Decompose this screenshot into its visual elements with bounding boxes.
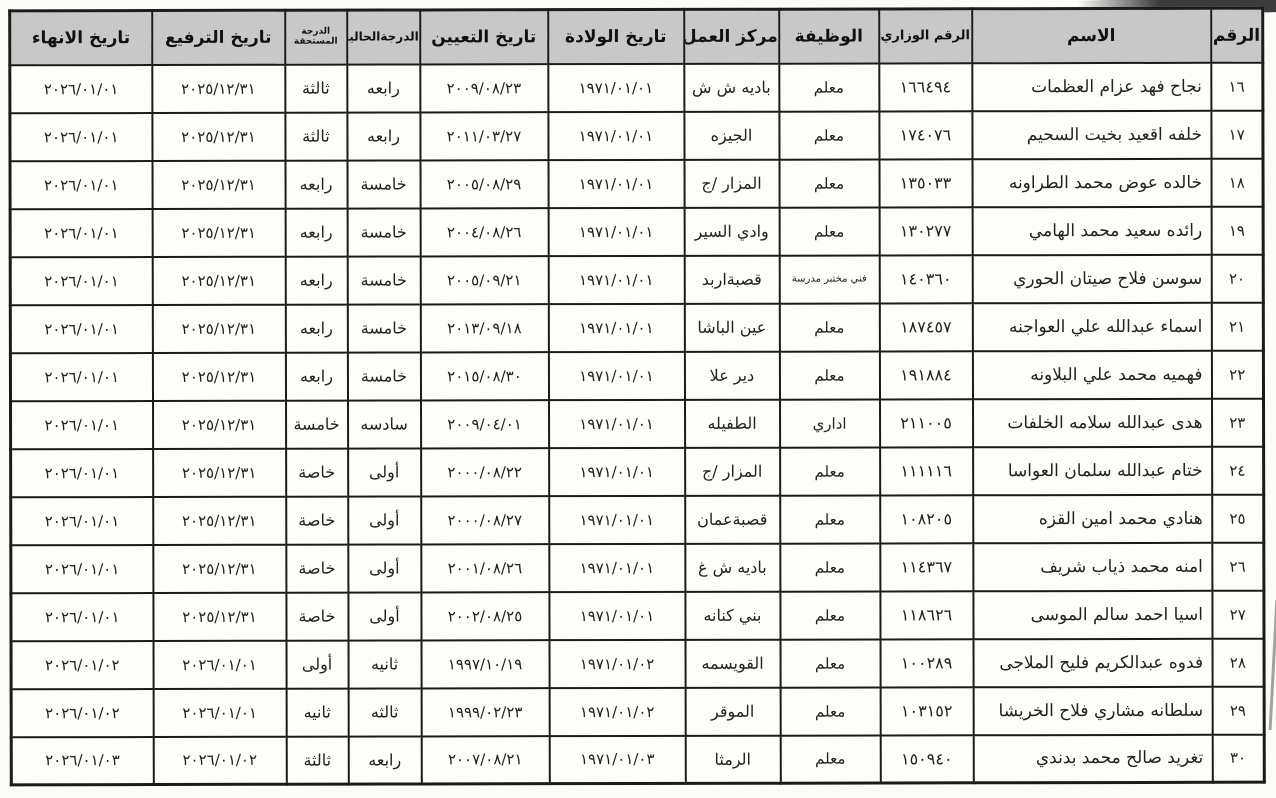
cell-job: معلم <box>779 159 879 207</box>
cell-due-grade: ثالثة <box>285 112 347 160</box>
cell-job: معلم <box>780 591 880 639</box>
cell-birth-date: ١٩٧١/٠١/٠٢ <box>549 687 685 735</box>
cell-work-center: المزار /ج <box>684 159 779 207</box>
table-row: ٢٦امنه محمد ذياب شريف١١٤٣٦٧معلمباديه ش غ… <box>11 542 1264 593</box>
cell-ministry-no: ١٣٥٠٣٣ <box>879 159 972 207</box>
cell-birth-date: ١٩٧١/٠١/٠١ <box>548 111 684 159</box>
col-header-hire-date: تاريخ التعيين <box>420 10 548 64</box>
col-header-current-grade: الدرجةالحالية <box>347 10 420 64</box>
table-row: ٢٨فدوه عبدالكريم فليح الملاجى١٠٠٢٨٩معلما… <box>11 638 1264 689</box>
col-header-end-date: تاريخ الانهاء <box>10 11 152 65</box>
cell-hire-date: ٢٠١١/٠٣/٢٧ <box>420 112 548 160</box>
cell-promotion-date: ٢٠٢٥/١٢/٣١ <box>152 160 285 208</box>
cell-promotion-date: ٢٠٢٦/٠١/٠١ <box>153 640 286 688</box>
cell-due-grade: خاصة <box>286 592 348 640</box>
cell-job: معلم <box>779 207 879 255</box>
cell-ministry-no: ١١٤٣٦٧ <box>880 543 973 591</box>
cell-end-date: ٢٠٢٦/٠١/٠٣ <box>11 737 153 785</box>
cell-ministry-no: ١٦٦٤٩٤ <box>879 63 972 111</box>
cell-end-date: ٢٠٢٦/٠١/٠١ <box>10 257 152 305</box>
cell-birth-date: ١٩٧١/٠١/٠٢ <box>549 639 685 687</box>
cell-job: معلم <box>780 543 880 591</box>
cell-current-grade: خامسة <box>347 256 420 304</box>
cell-work-center: دير علا <box>684 351 779 399</box>
cell-num: ٢١ <box>1211 302 1263 350</box>
cell-num: ٢٣ <box>1212 398 1264 446</box>
table-body: ١٦نجاح فهد عزام العظمات١٦٦٤٩٤معلمباديه ش… <box>10 62 1265 785</box>
cell-birth-date: ١٩٧١/٠١/٠١ <box>548 351 684 399</box>
cell-name: رائده سعيد محمد الهامي <box>972 206 1211 255</box>
cell-due-grade: رابعه <box>285 208 347 256</box>
cell-due-grade: خاصة <box>286 448 348 496</box>
table-row: ٢٣هدى عبدالله سلامه الخلفات٢١١٠٠٥اداريال… <box>11 398 1264 449</box>
cell-birth-date: ١٩٧١/٠١/٠١ <box>549 495 685 543</box>
cell-promotion-date: ٢٠٢٦/٠١/٠٢ <box>153 736 286 784</box>
cell-ministry-no: ١١١١١٦ <box>880 447 973 495</box>
table-row: ١٦نجاح فهد عزام العظمات١٦٦٤٩٤معلمباديه ش… <box>10 62 1263 113</box>
cell-due-grade: ثالثة <box>286 736 348 784</box>
cell-end-date: ٢٠٢٦/٠١/٠١ <box>10 161 152 209</box>
table-row: ٢٥هنادي محمد امين القزه١٠٨٢٠٥معلمقصبةعما… <box>11 494 1264 545</box>
cell-due-grade: أولى <box>286 640 348 688</box>
cell-due-grade: ثالثة <box>285 64 347 112</box>
cell-birth-date: ١٩٧١/٠١/٠٣ <box>549 735 685 783</box>
cell-num: ٢٠ <box>1211 254 1263 302</box>
cell-promotion-date: ٢٠٢٥/١٢/٣١ <box>153 544 286 592</box>
cell-promotion-date: ٢٠٢٥/١٢/٣١ <box>152 304 285 352</box>
header-row: الرقم الاسم الرقم الوزاري الوظيفة مركز ا… <box>10 8 1263 65</box>
col-header-num: الرقم <box>1211 8 1263 62</box>
cell-end-date: ٢٠٢٦/٠١/٠١ <box>11 449 153 497</box>
cell-end-date: ٢٠٢٦/٠١/٠١ <box>10 305 152 353</box>
cell-birth-date: ١٩٧١/٠١/٠١ <box>549 591 685 639</box>
cell-due-grade: خامسة <box>286 400 348 448</box>
cell-work-center: وادي السير <box>684 207 779 255</box>
cell-num: ٣٠ <box>1212 734 1264 782</box>
table-row: ٣٠تغريد صالح محمد بدندي١٥٠٩٤٠معلمالرمثا١… <box>11 734 1264 785</box>
table-row: ٢٠سوسن فلاح صيتان الحوري١٤٠٣٦٠فني مختبر … <box>10 254 1263 305</box>
cell-hire-date: ٢٠١٥/٠٨/٣٠ <box>420 352 548 400</box>
col-header-birth-date: تاريخ الولادة <box>548 9 684 63</box>
cell-current-grade: رابعه <box>348 736 421 784</box>
cell-job: معلم <box>779 351 879 399</box>
cell-job: اداري <box>780 399 880 447</box>
cell-ministry-no: ١٠٣١٥٢ <box>880 687 973 735</box>
cell-num: ٢٦ <box>1212 542 1264 590</box>
cell-birth-date: ١٩٧١/٠١/٠١ <box>549 543 685 591</box>
cell-end-date: ٢٠٢٦/٠١/٠١ <box>10 353 152 401</box>
cell-job: معلم <box>780 639 880 687</box>
cell-hire-date: ٢٠٠٠/٠٨/٢٢ <box>421 448 549 496</box>
cell-current-grade: سادسه <box>348 400 421 448</box>
cell-name: خلفه اقعيد بخيت السحيم <box>972 110 1211 159</box>
cell-birth-date: ١٩٧١/٠١/٠١ <box>548 255 684 303</box>
col-header-job: الوظيفة <box>779 9 879 63</box>
cell-hire-date: ٢٠٠٥/٠٨/٢٩ <box>420 160 548 208</box>
cell-name: هدى عبدالله سلامه الخلفات <box>973 398 1212 447</box>
cell-work-center: قصبةعمان <box>685 495 780 543</box>
cell-job: معلم <box>780 495 880 543</box>
cell-name: سلطانه مشاري فلاح الخريشا <box>973 686 1212 735</box>
cell-birth-date: ١٩٧١/٠١/٠١ <box>548 159 684 207</box>
cell-num: ١٧ <box>1211 110 1263 158</box>
cell-current-grade: رابعه <box>347 64 420 112</box>
cell-ministry-no: ١٤٠٣٦٠ <box>879 255 972 303</box>
cell-hire-date: ٢٠٠٤/٠٨/٢٦ <box>420 208 548 256</box>
cell-end-date: ٢٠٢٦/٠١/٠٢ <box>11 641 153 689</box>
cell-num: ٢٢ <box>1211 350 1263 398</box>
cell-promotion-date: ٢٠٢٥/١٢/٣١ <box>153 448 286 496</box>
cell-current-grade: أولى <box>348 592 421 640</box>
cell-hire-date: ٢٠٠٩/٠٤/٠١ <box>421 400 549 448</box>
cell-current-grade: خامسة <box>347 160 420 208</box>
cell-job: معلم <box>779 111 879 159</box>
cell-end-date: ٢٠٢٦/٠١/٠١ <box>11 497 153 545</box>
table-row: ٢١اسماء عبدالله علي العواجنه١٨٧٤٥٧معلمعي… <box>10 302 1263 353</box>
cell-name: نجاح فهد عزام العظمات <box>972 62 1211 111</box>
cell-end-date: ٢٠٢٦/٠١/٠١ <box>11 401 153 449</box>
cell-promotion-date: ٢٠٢٥/١٢/٣١ <box>153 592 286 640</box>
cell-birth-date: ١٩٧١/٠١/٠١ <box>548 207 684 255</box>
cell-current-grade: رابعه <box>347 112 420 160</box>
cell-due-grade: خاصة <box>286 496 348 544</box>
cell-name: سوسن فلاح صيتان الحوري <box>972 254 1211 303</box>
cell-end-date: ٢٠٢٦/٠١/٠٢ <box>11 689 153 737</box>
table-row: ٢٩سلطانه مشاري فلاح الخريشا١٠٣١٥٢معلمالم… <box>11 686 1264 737</box>
table-row: ٢٧اسيا احمد سالم الموسى١١٨٦٢٦معلمبني كنا… <box>11 590 1264 641</box>
cell-current-grade: أولى <box>348 544 421 592</box>
cell-ministry-no: ١٧٤٠٧٦ <box>879 111 972 159</box>
cell-job: معلم <box>780 735 880 783</box>
col-header-name: الاسم <box>972 8 1211 63</box>
cell-job: فني مختبر مدرسة <box>779 255 879 303</box>
cell-ministry-no: ١٥٠٩٤٠ <box>880 735 973 783</box>
cell-ministry-no: ١٠٨٢٠٥ <box>880 495 973 543</box>
cell-hire-date: ٢٠٠٧/٠٨/٢١ <box>421 736 549 784</box>
table-header: الرقم الاسم الرقم الوزاري الوظيفة مركز ا… <box>10 8 1263 65</box>
table-row: ١٧خلفه اقعيد بخيت السحيم١٧٤٠٧٦معلمالجيزه… <box>10 110 1263 161</box>
cell-work-center: قصبةاربد <box>684 255 779 303</box>
cell-due-grade: رابعه <box>285 352 347 400</box>
scan-edge-shadow-right <box>1269 600 1276 730</box>
cell-ministry-no: ١٩١٨٨٤ <box>879 351 972 399</box>
cell-hire-date: ١٩٩٩/٠٢/٢٣ <box>421 688 549 736</box>
cell-due-grade: خاصة <box>286 544 348 592</box>
cell-promotion-date: ٢٠٢٥/١٢/٣١ <box>153 400 286 448</box>
cell-ministry-no: ١٣٠٢٧٧ <box>879 207 972 255</box>
cell-promotion-date: ٢٠٢٥/١٢/٣١ <box>152 112 285 160</box>
cell-hire-date: ٢٠١٣/٠٩/١٨ <box>420 304 548 352</box>
cell-job: معلم <box>780 687 880 735</box>
cell-ministry-no: ١٠٠٢٨٩ <box>880 639 973 687</box>
employee-roster-table: الرقم الاسم الرقم الوزاري الوظيفة مركز ا… <box>8 7 1266 787</box>
col-header-due-grade: الدرجة المستحقة <box>285 10 347 64</box>
cell-ministry-no: ١٨٧٤٥٧ <box>879 303 972 351</box>
cell-birth-date: ١٩٧١/٠١/٠١ <box>549 399 685 447</box>
cell-num: ٢٤ <box>1212 446 1264 494</box>
cell-promotion-date: ٢٠٢٥/١٢/٣١ <box>152 352 285 400</box>
cell-num: ٢٩ <box>1212 686 1264 734</box>
table-row: ١٩رائده سعيد محمد الهامي١٣٠٢٧٧معلموادي ا… <box>10 206 1263 257</box>
cell-name: ختام عبدالله سلمان العواسا <box>973 446 1212 495</box>
cell-work-center: الجيزه <box>684 111 779 159</box>
cell-name: اسيا احمد سالم الموسى <box>973 590 1212 639</box>
cell-end-date: ٢٠٢٦/٠١/٠١ <box>10 209 152 257</box>
cell-hire-date: ٢٠٠٢/٠٨/٢٥ <box>421 592 549 640</box>
cell-num: ٢٧ <box>1212 590 1264 638</box>
cell-promotion-date: ٢٠٢٦/٠١/٠١ <box>153 688 286 736</box>
table-row: ١٨خالده عوض محمد الطراونه١٣٥٠٣٣معلمالمزا… <box>10 158 1263 209</box>
cell-name: اسماء عبدالله علي العواجنه <box>972 302 1211 351</box>
cell-work-center: الطفيله <box>685 399 780 447</box>
cell-hire-date: ١٩٩٧/١٠/١٩ <box>421 640 549 688</box>
cell-num: ١٨ <box>1211 158 1263 206</box>
cell-name: خالده عوض محمد الطراونه <box>972 158 1211 207</box>
cell-work-center: الرمثا <box>685 735 780 783</box>
cell-due-grade: رابعه <box>285 304 347 352</box>
cell-work-center: المزار /ج <box>685 447 780 495</box>
cell-num: ٢٨ <box>1212 638 1264 686</box>
cell-current-grade: خامسة <box>347 352 420 400</box>
cell-job: معلم <box>779 303 879 351</box>
col-header-work-center: مركز العمل <box>684 9 779 63</box>
col-header-promotion-date: تاريخ الترفيع <box>152 10 285 64</box>
cell-current-grade: أولى <box>348 496 421 544</box>
cell-birth-date: ١٩٧١/٠١/٠١ <box>548 63 684 111</box>
cell-birth-date: ١٩٧١/٠١/٠١ <box>549 447 685 495</box>
cell-name: هنادي محمد امين القزه <box>973 494 1212 543</box>
cell-due-grade: ثانيه <box>286 688 348 736</box>
cell-end-date: ٢٠٢٦/٠١/٠١ <box>11 545 153 593</box>
cell-work-center: عين الباشا <box>684 303 779 351</box>
cell-birth-date: ١٩٧١/٠١/٠١ <box>548 303 684 351</box>
cell-work-center: القويسمه <box>685 639 780 687</box>
table-row: ٢٤ختام عبدالله سلمان العواسا١١١١١٦معلمال… <box>11 446 1264 497</box>
cell-promotion-date: ٢٠٢٥/١٢/٣١ <box>152 208 285 256</box>
cell-end-date: ٢٠٢٦/٠١/٠١ <box>11 593 153 641</box>
cell-hire-date: ٢٠٠٥/٠٩/٢١ <box>420 256 548 304</box>
cell-num: ٢٥ <box>1212 494 1264 542</box>
cell-end-date: ٢٠٢٦/٠١/٠١ <box>10 113 152 161</box>
cell-promotion-date: ٢٠٢٥/١٢/٣١ <box>153 496 286 544</box>
scanned-page: الرقم الاسم الرقم الوزاري الوظيفة مركز ا… <box>0 0 1276 798</box>
cell-name: فهميه محمد علي البلاونه <box>972 350 1211 399</box>
cell-name: تغريد صالح محمد بدندي <box>973 734 1212 783</box>
cell-name: فدوه عبدالكريم فليح الملاجى <box>973 638 1212 687</box>
cell-due-grade: رابعه <box>285 256 347 304</box>
col-header-ministry-no: الرقم الوزاري <box>879 9 972 63</box>
cell-promotion-date: ٢٠٢٥/١٢/٣١ <box>152 256 285 304</box>
cell-current-grade: خامسة <box>347 208 420 256</box>
cell-ministry-no: ١١٨٦٢٦ <box>880 591 973 639</box>
cell-current-grade: ثانيه <box>348 640 421 688</box>
cell-hire-date: ٢٠٠٠/٠٨/٢٧ <box>421 496 549 544</box>
cell-end-date: ٢٠٢٦/٠١/٠١ <box>10 65 152 113</box>
cell-num: ١٦ <box>1211 62 1263 110</box>
cell-work-center: بني كنانه <box>685 591 780 639</box>
cell-current-grade: خامسة <box>347 304 420 352</box>
cell-name: امنه محمد ذياب شريف <box>973 542 1212 591</box>
cell-work-center: الموقر <box>685 687 780 735</box>
cell-due-grade: رابعه <box>285 160 347 208</box>
cell-ministry-no: ٢١١٠٠٥ <box>880 399 973 447</box>
cell-current-grade: أولى <box>348 448 421 496</box>
table-row: ٢٢فهميه محمد علي البلاونه١٩١٨٨٤معلمدير ع… <box>10 350 1263 401</box>
cell-current-grade: ثالثه <box>348 688 421 736</box>
cell-job: معلم <box>780 447 880 495</box>
cell-hire-date: ٢٠٠١/٠٨/٢٦ <box>421 544 549 592</box>
cell-num: ١٩ <box>1211 206 1263 254</box>
cell-hire-date: ٢٠٠٩/٠٨/٢٣ <box>420 64 548 112</box>
cell-work-center: باديه ش غ <box>685 543 780 591</box>
cell-job: معلم <box>779 63 879 111</box>
cell-work-center: باديه ش ش <box>684 63 779 111</box>
cell-promotion-date: ٢٠٢٥/١٢/٣١ <box>152 64 285 112</box>
